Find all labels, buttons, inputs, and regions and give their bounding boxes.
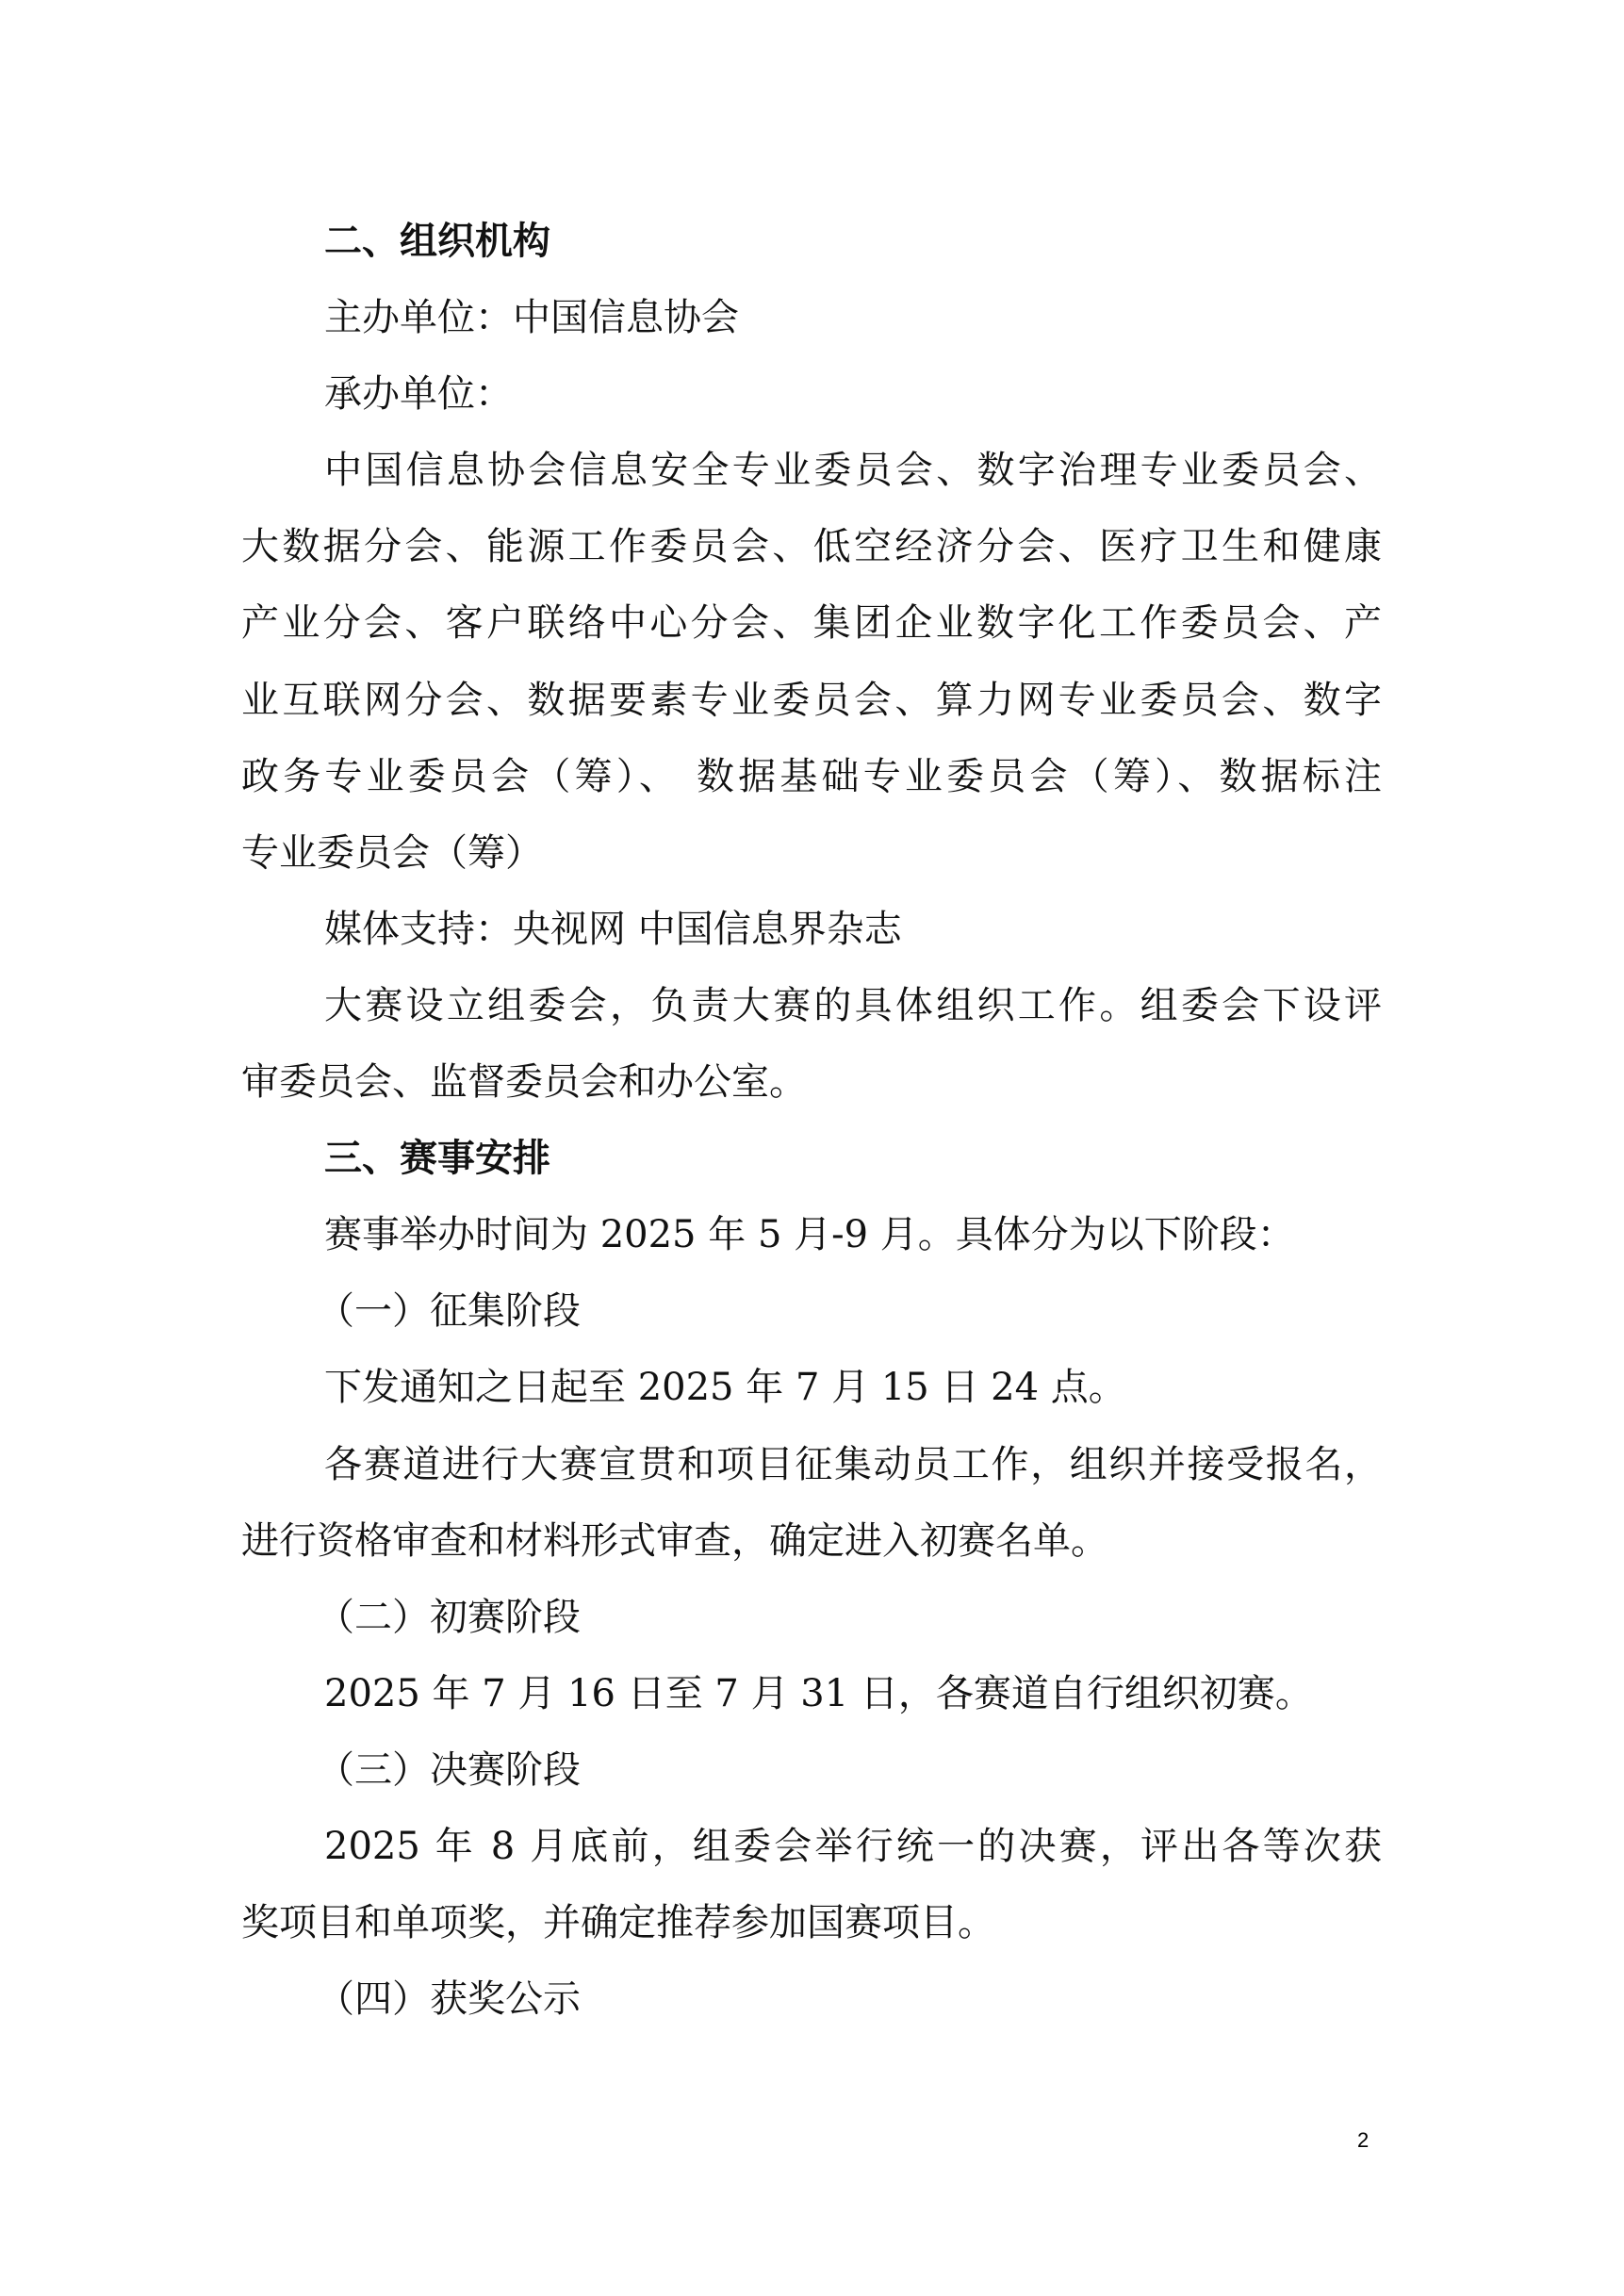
organizer-line: 大数据分会、能源工作委员会、低空经济分会、医疗卫生和健康 [241,509,1382,585]
stage-title-preliminary: （二）初赛阶段 [241,1580,1382,1656]
stage-line: 进行资格审查和材料形式审查，确定进入初赛名单。 [241,1503,1382,1580]
document-body: 二、组织机构 主办单位：中国信息协会 承办单位： 中国信息协会信息安全专业委员会… [241,204,1382,2038]
stage-title-award-announcement: （四）获奖公示 [241,1961,1382,2038]
host-unit-line: 主办单位：中国信息协会 [241,280,1382,356]
media-support-line: 媒体支持：央视网 中国信息界杂志 [241,892,1382,968]
stage-title-collection: （一）征集阶段 [241,1273,1382,1350]
committee-line: 审委员会、监督委员会和办公室。 [241,1044,1382,1121]
stage-line: 各赛道进行大赛宣贯和项目征集动员工作，组织并接受报名， [241,1427,1382,1503]
stage-line: 2025 年 8 月底前，组委会举行统一的决赛，评出各等次获 [241,1809,1382,1885]
stage-line: 奖项目和单项奖，并确定推荐参加国赛项目。 [241,1885,1382,1961]
section-heading-organization: 二、组织机构 [241,204,1382,280]
organizer-line: 产业分会、客户联络中心分会、集团企业数字化工作委员会、产 [241,585,1382,662]
page-number: 2 [1357,2128,1369,2153]
committee-line: 大赛设立组委会，负责大赛的具体组织工作。组委会下设评 [241,968,1382,1044]
document-page: 二、组织机构 主办单位：中国信息协会 承办单位： 中国信息协会信息安全专业委员会… [0,0,1624,2296]
schedule-intro: 赛事举办时间为 2025 年 5 月-9 月。具体分为以下阶段： [241,1197,1382,1273]
organizer-line: 业互联网分会、数据要素专业委员会、算力网专业委员会、数字 [241,663,1382,739]
organizer-line: 政务专业委员会（筹）、 数据基础专业委员会（筹）、数据标注 [241,739,1382,815]
stage-title-final: （三）决赛阶段 [241,1732,1382,1809]
organizer-line: 专业委员会（筹） [241,815,1382,892]
organizer-label: 承办单位： [241,356,1382,433]
stage-line: 下发通知之日起至 2025 年 7 月 15 日 24 点。 [241,1350,1382,1426]
stage-line: 2025 年 7 月 16 日至 7 月 31 日，各赛道自行组织初赛。 [241,1656,1382,1732]
organizer-line: 中国信息协会信息安全专业委员会、数字治理专业委员会、 [241,433,1382,509]
section-heading-schedule: 三、赛事安排 [241,1121,1382,1197]
